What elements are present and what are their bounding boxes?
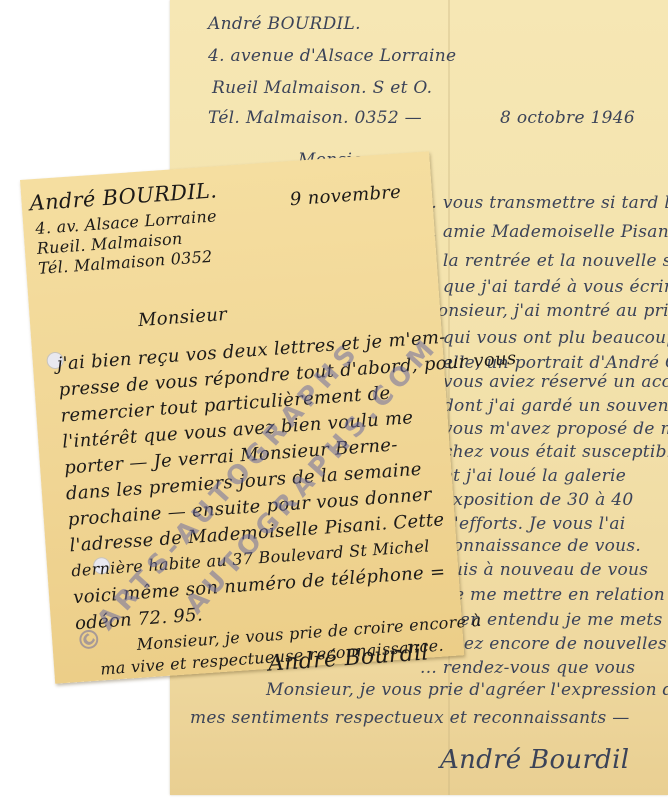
large-letter-body-line: ... vous transmettre si tard la: [420, 193, 668, 213]
large-letter-closing-line: mes sentiments respectueux et reconnaiss…: [190, 708, 630, 728]
large-letter-body-line: ... amie Mademoiselle Pisani.: [420, 222, 668, 242]
large-letter-header-city: Rueil Malmaison. S et O.: [212, 78, 432, 98]
small-note: André BOURDIL. 4. av. Alsace Lorraine Ru…: [20, 151, 464, 683]
large-letter-body-line: ... que j'ai tardé à vous écrire.: [420, 277, 668, 297]
large-letter-body-line: ... vous aviez réservé un accueil: [420, 372, 668, 392]
large-letter-header-name: André BOURDIL.: [208, 14, 361, 34]
small-note-date: 9 novembre: [289, 181, 401, 210]
large-letter-body-line: ... qui vous ont plu beaucoup: [420, 328, 668, 348]
large-letter-header-address: 4. avenue d'Alsace Lorraine: [208, 46, 456, 66]
large-letter-body-line: ... chez vous était susceptible de: [420, 442, 668, 462]
small-note-salutation: Monsieur: [137, 304, 227, 331]
large-letter-body-line: ... rendez-vous que vous: [420, 658, 635, 678]
large-letter-header-phone: Tél. Malmaison. 0352 —: [208, 108, 422, 128]
large-letter-closing-line: Monsieur, je vous prie d'agréer l'expres…: [266, 680, 668, 700]
large-letter-body-line: ... vous m'avez proposé de me présenter: [420, 419, 668, 439]
large-letter-date: 8 octobre 1946: [500, 108, 635, 128]
large-letter-body-line: ... dont j'ai gardé un souvenir: [420, 396, 668, 416]
large-letter-body-line: ... la rentrée et la nouvelle saison: [420, 251, 668, 271]
large-letter-body-line: Monsieur, j'ai montré au printemps: [420, 301, 668, 321]
large-letter-signature: André Bourdil: [440, 745, 629, 775]
